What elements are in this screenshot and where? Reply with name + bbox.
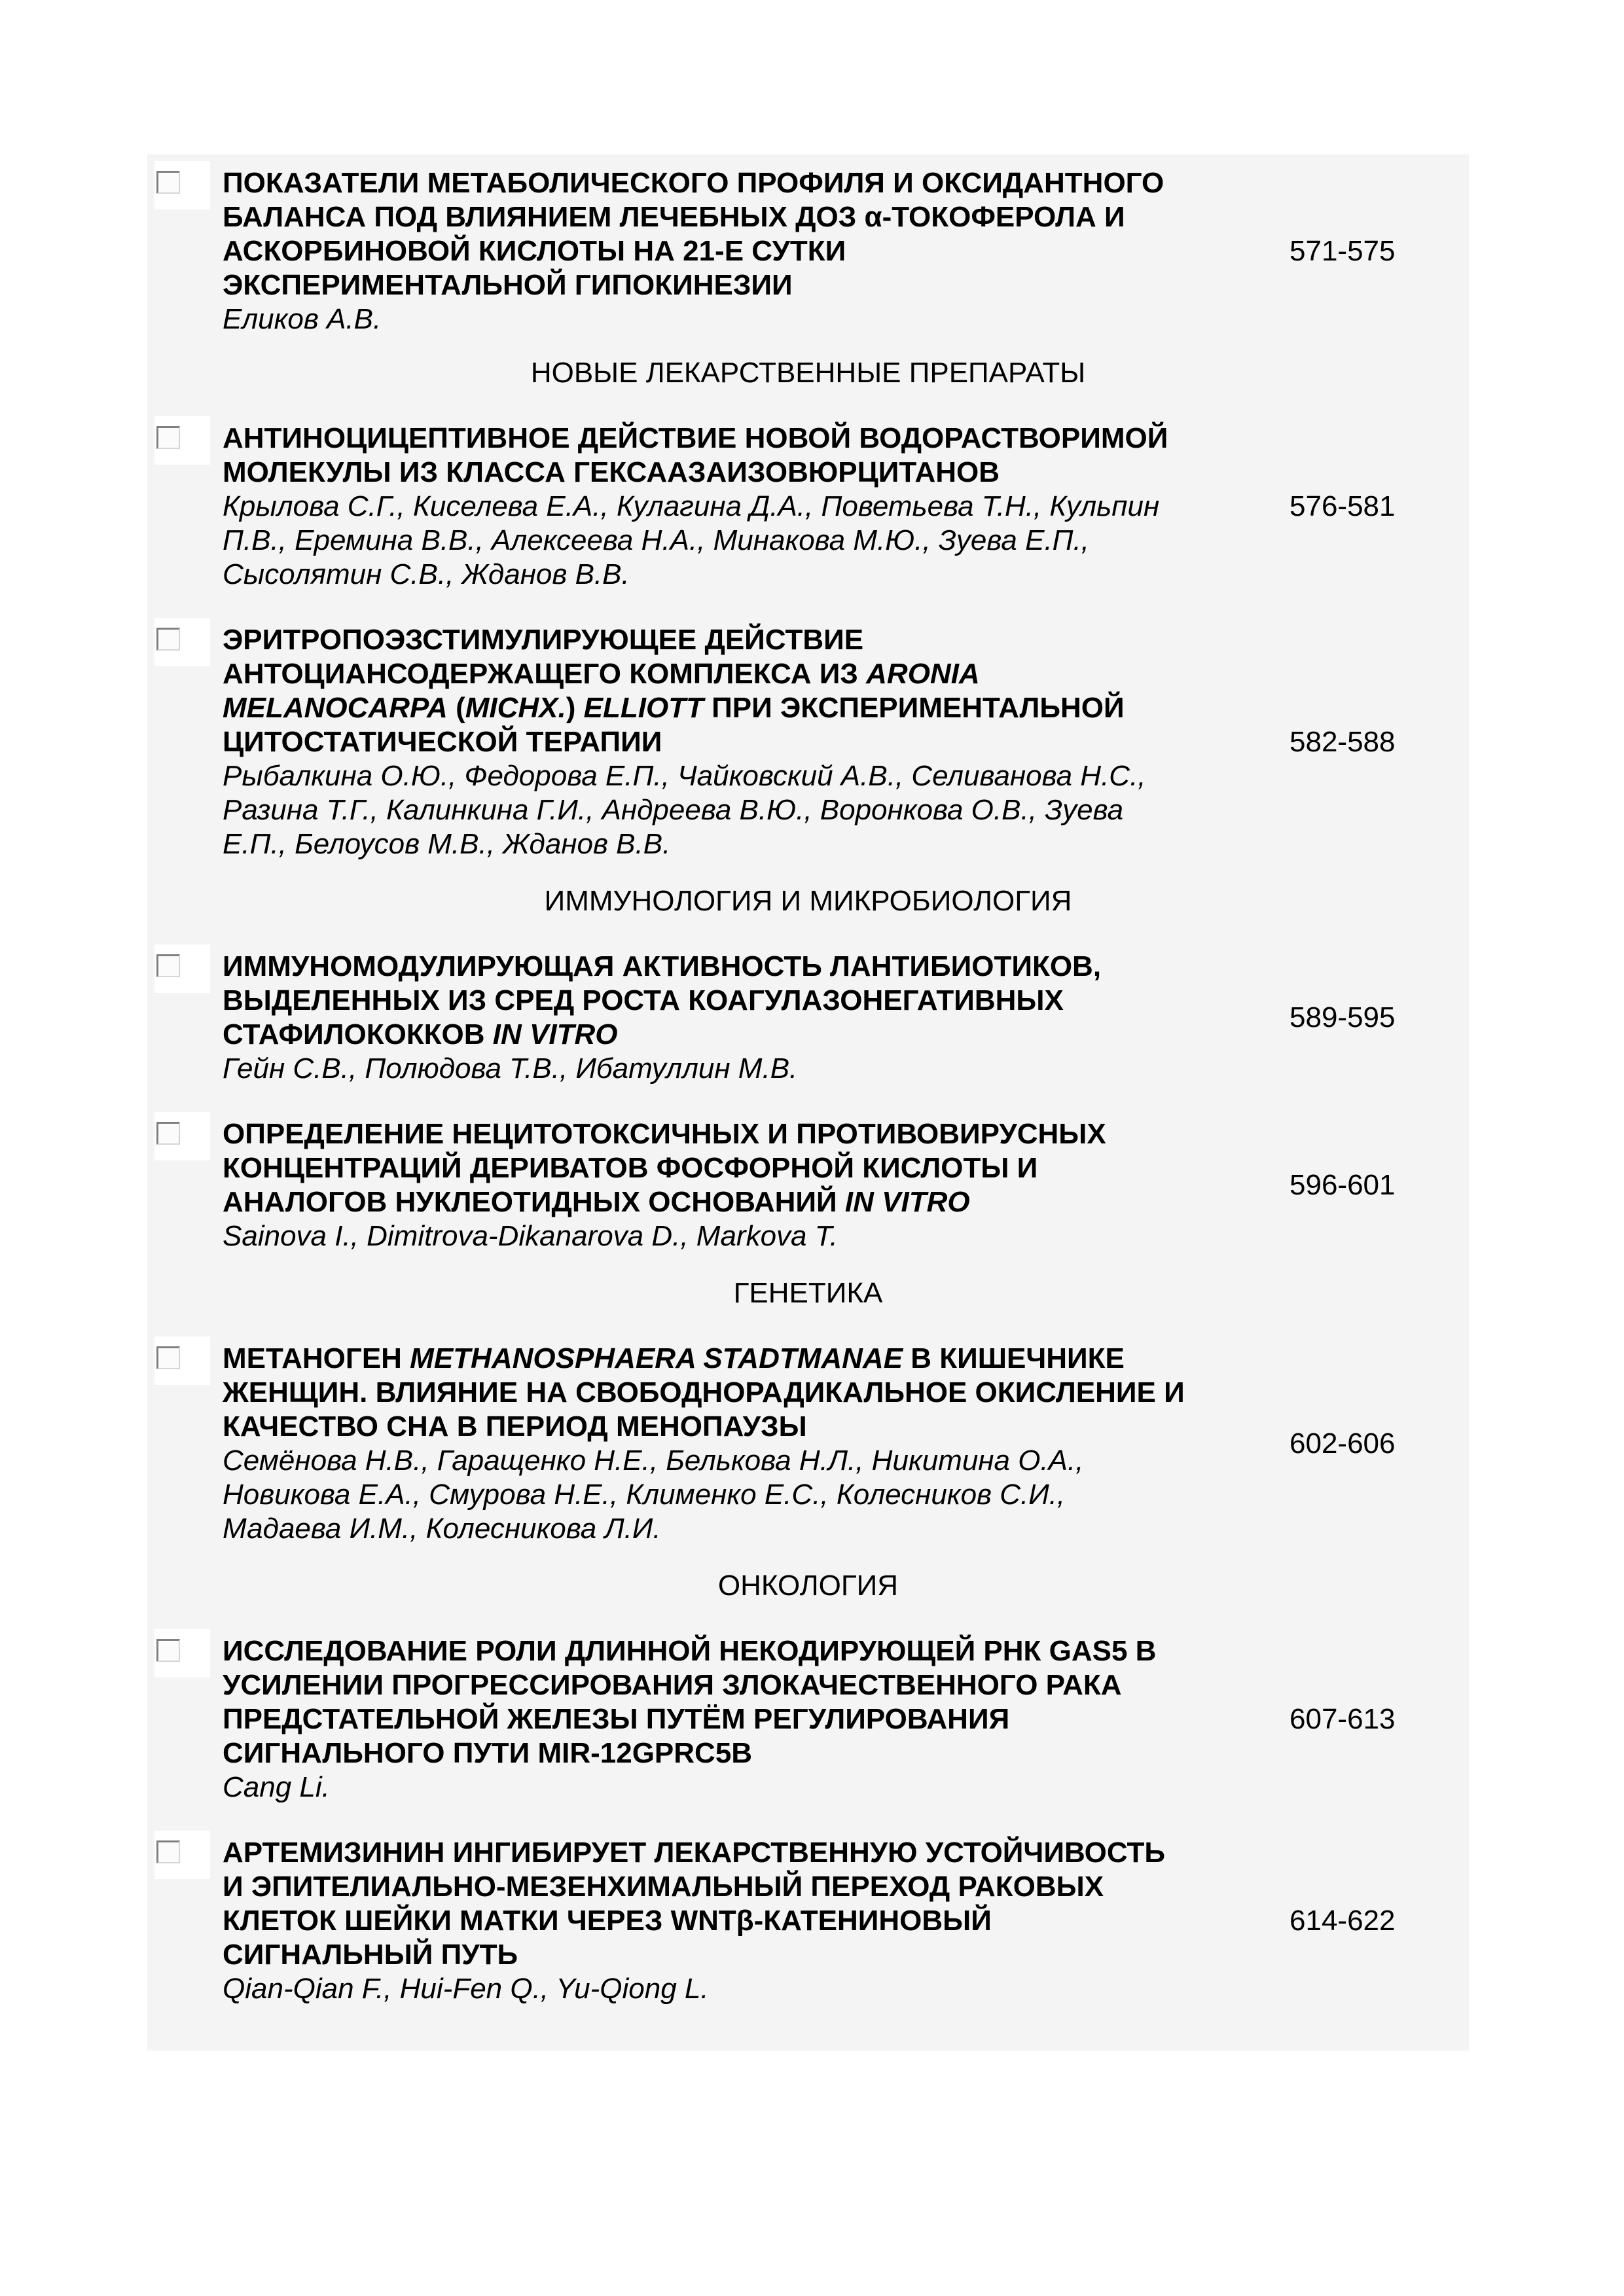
- entry-content: АРТЕМИЗИНИН ИНГИБИРУЕТ ЛЕКАРСТВЕННУЮ УСТ…: [223, 1831, 1270, 2006]
- title-part: АРТЕМИЗИНИН ИНГИБИРУЕТ ЛЕКАРСТВЕННУЮ УСТ…: [223, 1837, 1165, 1971]
- entry-content: ПОКАЗАТЕЛИ МЕТАБОЛИЧЕСКОГО ПРОФИЛЯ И ОКС…: [223, 161, 1270, 336]
- checkbox-cell: [147, 618, 223, 861]
- article-authors: Гейн С.В., Полюдова Т.В., Ибатуллин М.В.: [223, 1052, 1270, 1086]
- article-title[interactable]: АРТЕМИЗИНИН ИНГИБИРУЕТ ЛЕКАРСТВЕННУЮ УСТ…: [223, 1836, 1270, 1972]
- page-range: 602-606: [1270, 1336, 1469, 1546]
- article-authors: Еликов А.В.: [223, 302, 1270, 336]
- checkbox-icon[interactable]: [156, 1840, 180, 1863]
- article-title[interactable]: ИММУНОМОДУЛИРУЮЩАЯ АКТИВНОСТЬ ЛАНТИБИОТИ…: [223, 950, 1270, 1052]
- title-part: (: [448, 692, 465, 724]
- page-range: 582-588: [1270, 618, 1469, 861]
- checkbox-container[interactable]: [154, 1629, 210, 1677]
- title-italic-part: ELLIOTT: [584, 692, 704, 724]
- title-part: АНТИНОЦИЦЕПТИВНОЕ ДЕЙСТВИЕ НОВОЙ ВОДОРАС…: [223, 422, 1168, 488]
- title-part: ): [566, 692, 584, 724]
- checkbox-container[interactable]: [154, 1112, 210, 1160]
- page-range: 576-581: [1270, 416, 1469, 592]
- entry-content: ИММУНОМОДУЛИРУЮЩАЯ АКТИВНОСТЬ ЛАНТИБИОТИ…: [223, 944, 1270, 1086]
- checkbox-container[interactable]: [154, 944, 210, 993]
- checkbox-icon[interactable]: [156, 426, 180, 449]
- checkbox-icon[interactable]: [156, 1639, 180, 1662]
- article-authors: Cang Li.: [223, 1770, 1270, 1804]
- title-part: ИММУНОМОДУЛИРУЮЩАЯ АКТИВНОСТЬ ЛАНТИБИОТИ…: [223, 950, 1101, 1050]
- checkbox-icon[interactable]: [156, 628, 180, 651]
- checkbox-cell: [147, 161, 223, 336]
- page-range: 596-601: [1270, 1112, 1469, 1253]
- toc-entry: ПОКАЗАТЕЛИ МЕТАБОЛИЧЕСКОГО ПРОФИЛЯ И ОКС…: [147, 161, 1469, 336]
- toc-entry: АРТЕМИЗИНИН ИНГИБИРУЕТ ЛЕКАРСТВЕННУЮ УСТ…: [147, 1831, 1469, 2006]
- section-heading: НОВЫЕ ЛЕКАРСТВЕННЫЕ ПРЕПАРАТЫ: [147, 356, 1469, 390]
- checkbox-container[interactable]: [154, 1831, 210, 1879]
- title-italic-part: IN VITRO: [493, 1018, 618, 1050]
- title-part: МЕТАНОГЕН: [223, 1342, 410, 1374]
- page-range: 571-575: [1270, 161, 1469, 336]
- checkbox-cell: [147, 1629, 223, 1804]
- checkbox-container[interactable]: [154, 416, 210, 465]
- checkbox-cell: [147, 1112, 223, 1253]
- checkbox-container[interactable]: [154, 1336, 210, 1385]
- title-part: ИССЛЕДОВАНИЕ РОЛИ ДЛИННОЙ НЕКОДИРУЮЩЕЙ Р…: [223, 1635, 1156, 1769]
- article-authors: Крылова С.Г., Киселева Е.А., Кулагина Д.…: [223, 490, 1270, 592]
- toc-entry: ИССЛЕДОВАНИЕ РОЛИ ДЛИННОЙ НЕКОДИРУЮЩЕЙ Р…: [147, 1629, 1469, 1804]
- checkbox-container[interactable]: [154, 618, 210, 666]
- title-italic-part: MICHX.: [465, 692, 566, 724]
- article-title[interactable]: ЭРИТРОПОЭЗСТИМУЛИРУЮЩЕЕ ДЕЙСТВИЕ АНТОЦИА…: [223, 623, 1270, 759]
- entry-content: ОПРЕДЕЛЕНИЕ НЕЦИТОТОКСИЧНЫХ И ПРОТИВОВИР…: [223, 1112, 1270, 1253]
- page-range: 614-622: [1270, 1831, 1469, 2006]
- title-part: ЭРИТРОПОЭЗСТИМУЛИРУЮЩЕЕ ДЕЙСТВИЕ АНТОЦИА…: [223, 624, 866, 690]
- title-part: ОПРЕДЕЛЕНИЕ НЕЦИТОТОКСИЧНЫХ И ПРОТИВОВИР…: [223, 1118, 1106, 1218]
- checkbox-icon[interactable]: [156, 171, 180, 194]
- table-of-contents-panel: ПОКАЗАТЕЛИ МЕТАБОЛИЧЕСКОГО ПРОФИЛЯ И ОКС…: [147, 154, 1469, 2051]
- toc-entry: АНТИНОЦИЦЕПТИВНОЕ ДЕЙСТВИЕ НОВОЙ ВОДОРАС…: [147, 416, 1469, 592]
- checkbox-cell: [147, 416, 223, 592]
- entry-content: МЕТАНОГЕН METHANOSPHAERA STADTMANAE В КИ…: [223, 1336, 1270, 1546]
- section-heading: ИММУНОЛОГИЯ И МИКРОБИОЛОГИЯ: [147, 884, 1469, 918]
- article-title[interactable]: ОПРЕДЕЛЕНИЕ НЕЦИТОТОКСИЧНЫХ И ПРОТИВОВИР…: [223, 1117, 1270, 1219]
- checkbox-icon[interactable]: [156, 954, 180, 977]
- article-authors: Sainova I., Dimitrova-Dikanarova D., Mar…: [223, 1219, 1270, 1253]
- section-heading: ГЕНЕТИКА: [147, 1276, 1469, 1310]
- article-title[interactable]: ИССЛЕДОВАНИЕ РОЛИ ДЛИННОЙ НЕКОДИРУЮЩЕЙ Р…: [223, 1634, 1270, 1770]
- article-title[interactable]: МЕТАНОГЕН METHANOSPHAERA STADTMANAE В КИ…: [223, 1342, 1270, 1444]
- toc-entry: ЭРИТРОПОЭЗСТИМУЛИРУЮЩЕЕ ДЕЙСТВИЕ АНТОЦИА…: [147, 618, 1469, 861]
- title-part: ПОКАЗАТЕЛИ МЕТАБОЛИЧЕСКОГО ПРОФИЛЯ И ОКС…: [223, 167, 1164, 301]
- page-range: 607-613: [1270, 1629, 1469, 1804]
- title-italic-part: METHANOSPHAERA STADTMANAE: [410, 1342, 903, 1374]
- checkbox-cell: [147, 1336, 223, 1546]
- title-italic-part: IN VITRO: [845, 1186, 970, 1218]
- page-range: 589-595: [1270, 944, 1469, 1086]
- checkbox-container[interactable]: [154, 161, 210, 209]
- article-title[interactable]: ПОКАЗАТЕЛИ МЕТАБОЛИЧЕСКОГО ПРОФИЛЯ И ОКС…: [223, 166, 1270, 302]
- entry-content: АНТИНОЦИЦЕПТИВНОЕ ДЕЙСТВИЕ НОВОЙ ВОДОРАС…: [223, 416, 1270, 592]
- article-authors: Семёнова Н.В., Гаращенко Н.Е., Белькова …: [223, 1444, 1270, 1546]
- checkbox-icon[interactable]: [156, 1122, 180, 1145]
- checkbox-cell: [147, 944, 223, 1086]
- article-authors: Рыбалкина О.Ю., Федорова Е.П., Чайковски…: [223, 759, 1270, 861]
- toc-entry: ОПРЕДЕЛЕНИЕ НЕЦИТОТОКСИЧНЫХ И ПРОТИВОВИР…: [147, 1112, 1469, 1253]
- article-authors: Qian-Qian F., Hui-Fen Q., Yu-Qiong L.: [223, 1972, 1270, 2006]
- article-title[interactable]: АНТИНОЦИЦЕПТИВНОЕ ДЕЙСТВИЕ НОВОЙ ВОДОРАС…: [223, 422, 1270, 490]
- checkbox-cell: [147, 1831, 223, 2006]
- entry-content: ИССЛЕДОВАНИЕ РОЛИ ДЛИННОЙ НЕКОДИРУЮЩЕЙ Р…: [223, 1629, 1270, 1804]
- checkbox-icon[interactable]: [156, 1346, 180, 1369]
- toc-entry: МЕТАНОГЕН METHANOSPHAERA STADTMANAE В КИ…: [147, 1336, 1469, 1546]
- toc-entry: ИММУНОМОДУЛИРУЮЩАЯ АКТИВНОСТЬ ЛАНТИБИОТИ…: [147, 944, 1469, 1086]
- entry-content: ЭРИТРОПОЭЗСТИМУЛИРУЮЩЕЕ ДЕЙСТВИЕ АНТОЦИА…: [223, 618, 1270, 861]
- section-heading: ОНКОЛОГИЯ: [147, 1569, 1469, 1603]
